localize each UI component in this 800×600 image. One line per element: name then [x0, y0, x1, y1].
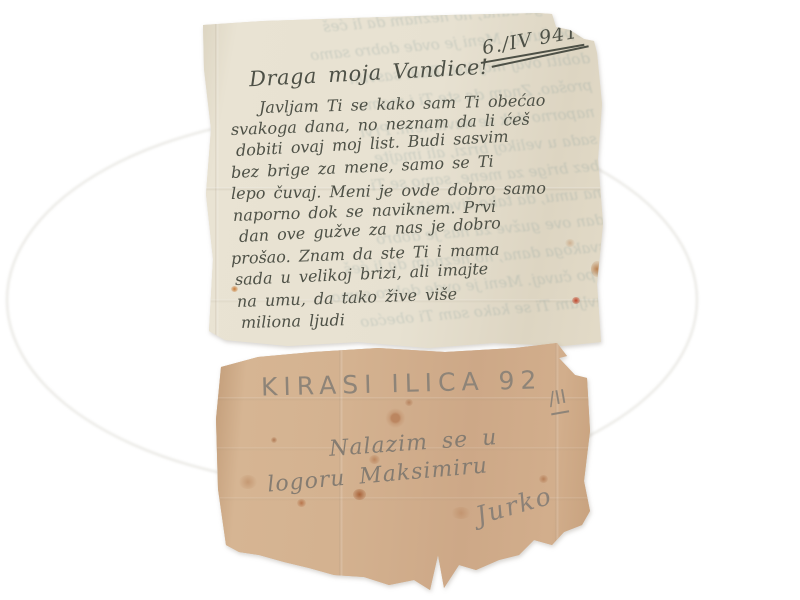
- fold-crease: [555, 339, 559, 594]
- stain-spot: [369, 455, 380, 464]
- letter-body: Javljam Ti se kako sam Ti obećao svakoga…: [231, 97, 596, 334]
- letter-paper-wrap: svakoga dana, no neznam da li ćeš lepo č…: [193, 9, 609, 351]
- stain-spot: [231, 286, 238, 292]
- stain-spot: [451, 507, 471, 519]
- photo-canvas: svakoga dana, no neznam da li ćeš lepo č…: [0, 0, 800, 600]
- stain-spot: [353, 489, 366, 500]
- note-address-floor: /II: [547, 386, 569, 416]
- note-paper: KIRASI ILICA 92 /II Nalazim se u logoru …: [213, 339, 593, 594]
- stain-spot: [591, 261, 603, 277]
- letter-paper: svakoga dana, no neznam da li ćeš lepo č…: [193, 9, 609, 351]
- stain-spot: [297, 499, 306, 507]
- stain-spot: [572, 297, 580, 304]
- stain-spot: [539, 475, 548, 483]
- stain-spot: [405, 399, 413, 406]
- stain-spot: [565, 239, 575, 247]
- stain-spot: [239, 475, 257, 489]
- note-signature: Jurko: [473, 481, 556, 530]
- note-paper-wrap: KIRASI ILICA 92 /II Nalazim se u logoru …: [213, 339, 593, 594]
- stain-spot: [271, 437, 277, 443]
